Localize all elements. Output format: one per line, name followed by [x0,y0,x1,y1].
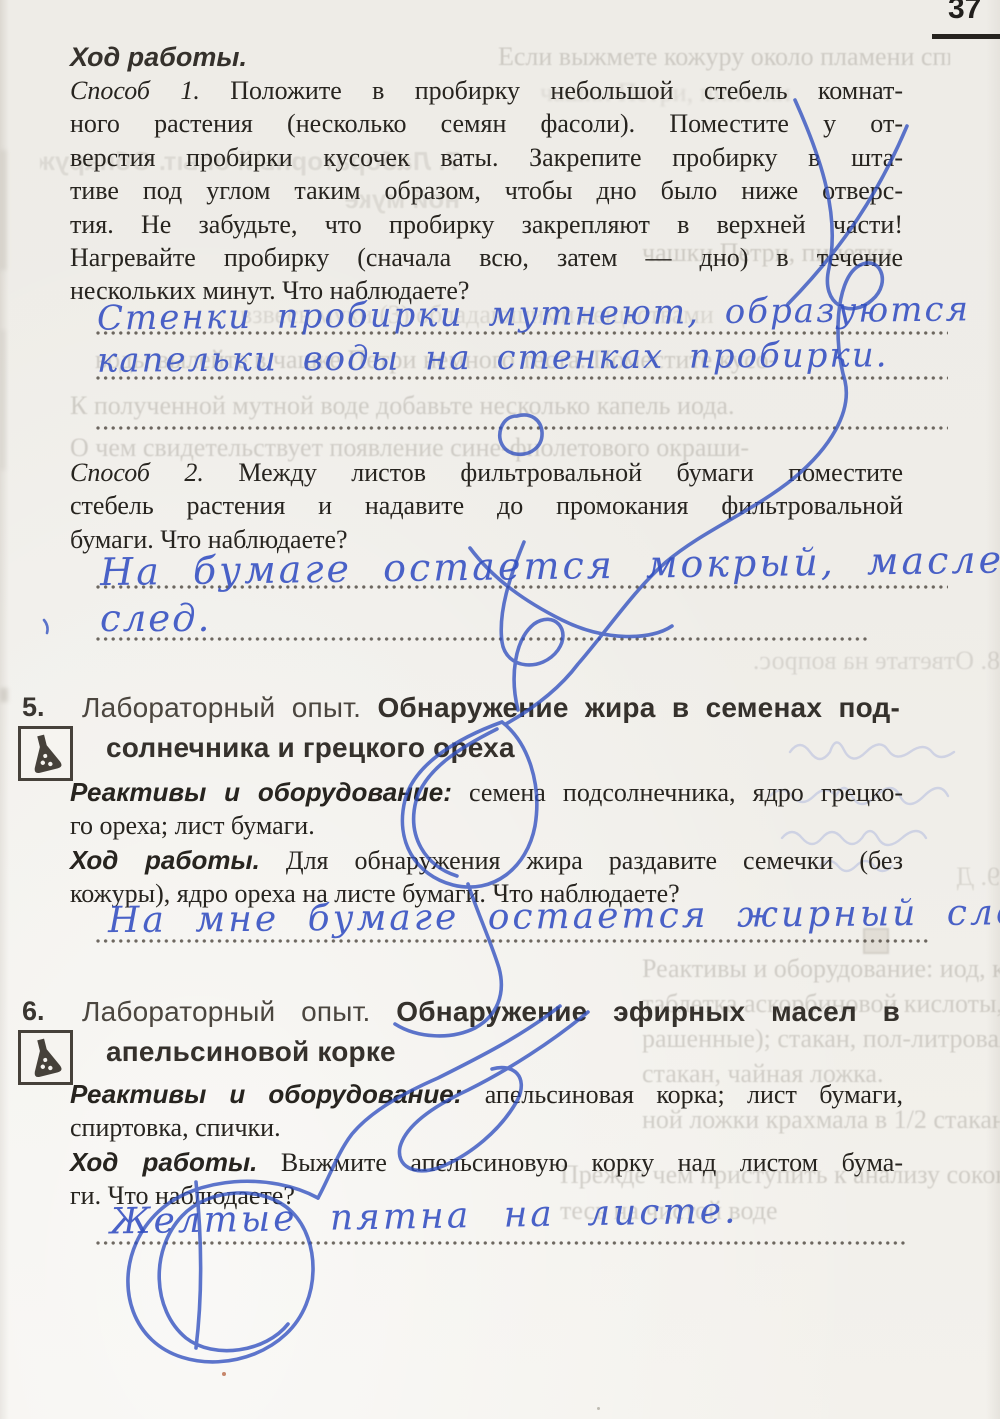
hod-raboty-label: Ход работы. [70,1147,257,1177]
experiment6-title-line1: Лабораторный опыт. Обнаружение эфирных м… [82,992,900,1032]
sposob1-line2: ного растения (несколько семян фасоли). … [70,107,903,140]
experiment5-procedure-line1: Для обнаружения жира раздавите семечки (… [260,846,903,875]
experiment6-procedure-line1: Выжмите апельсиновую корку над листом бу… [257,1148,903,1177]
handwritten-answer5: На мне бумаге остается жирный след, [108,892,1000,941]
experiment5-number: 5. [22,692,45,723]
workbook-page: Если выжмете кожуру около пламени спирто… [0,0,1000,1419]
sposob1-line4: тиве под углом таким образом, чтобы дно … [70,174,903,207]
page-number: 37 [948,0,981,26]
sposob1-label: Способ 1. [70,76,200,105]
answer-dotted-line[interactable] [95,1240,907,1246]
handwritten-answer1-line2: капельки воды на стенках пробирки. [97,335,889,381]
sposob1-line3: верстия пробирки кусочек ваты. Закрепите… [70,141,903,174]
experiment5-label: Лабораторный опыт. [82,692,361,723]
flask-glyph [21,1033,70,1082]
experiment5-reagents-line1: семена подсолнечника, ядро грецко- [452,778,903,807]
lab-flask-icon [18,1030,73,1085]
hod-raboty-label: Ход работы. [70,845,260,875]
reagents-label: Реактивы и оборудование: [70,1079,462,1109]
paper-speck [222,1372,226,1376]
page-number-rule [932,34,1000,39]
scan-smudge [0,330,6,470]
bleedthrough-line: Реактивы и оборудование: иод, крахмальны… [642,954,1000,984]
bleedthrough-line: 9. Д [930,862,1000,892]
experiment5-title-line2: солнечника и грецкого ореха [106,728,924,768]
experiment5-reagents: Реактивы и оборудование: семена подсолне… [70,776,903,843]
lab-flask-icon [18,726,73,781]
experiment5-reagents-line2: го ореха; лист бумаги. [70,809,903,842]
bleedthrough-line: Если выжмете кожуру около пламени спирто… [498,42,950,72]
scan-smudge [0,150,7,270]
paragraph-sposob-1: Способ 1. Положите в пробирку небольшой … [70,74,903,308]
handwritten-answer2-line2: след. [100,597,211,640]
sposob1-line1: Положите в пробирку небольшой стебель ко… [200,76,903,105]
section-title-hod-raboty: Ход работы. [70,42,247,73]
experiment6-reagents: Реактивы и оборудование: апельсиновая ко… [70,1078,903,1145]
experiment6-number: 6. [22,996,45,1027]
experiment6-title-part: Обнаружение эфирных масел в [396,996,900,1027]
scan-smudge [0,688,8,702]
experiment6-title-line2: апельсиновой корке [106,1032,924,1072]
experiment5-title-line1: Лабораторный опыт. Обнаружение жира в се… [82,688,900,728]
sposob2-label: Способ 2. [70,458,204,487]
sposob1-line5: тия. Не забудьте, что пробирку закрепляю… [70,208,903,241]
experiment6-reagents-line2: спиртовка, спички. [70,1111,903,1144]
reagents-label: Реактивы и оборудование: [70,777,452,807]
experiment6-label: Лабораторный опыт. [82,996,370,1027]
experiment6-reagents-line1: апельсиновая корка; лист бумаги, [462,1080,903,1109]
bleedthrough-line: 8. Ответьте на вопрос. [650,646,1000,676]
paper-speck [597,1407,600,1410]
bleedthrough-line: К полученной мутной воде добавьте нескол… [70,391,940,421]
sposob2-line2: стебель растения и надавите до промокани… [70,489,903,522]
experiment5-title-part: Обнаружение жира в семенах под- [377,692,900,723]
answer-dotted-line[interactable] [95,425,948,431]
sposob2-line1: Между листов фильтровальной бумаги помес… [204,458,903,487]
flask-glyph [21,729,70,778]
sposob1-line6: Нагревайте пробирку (сначала всю, затем … [70,241,903,274]
